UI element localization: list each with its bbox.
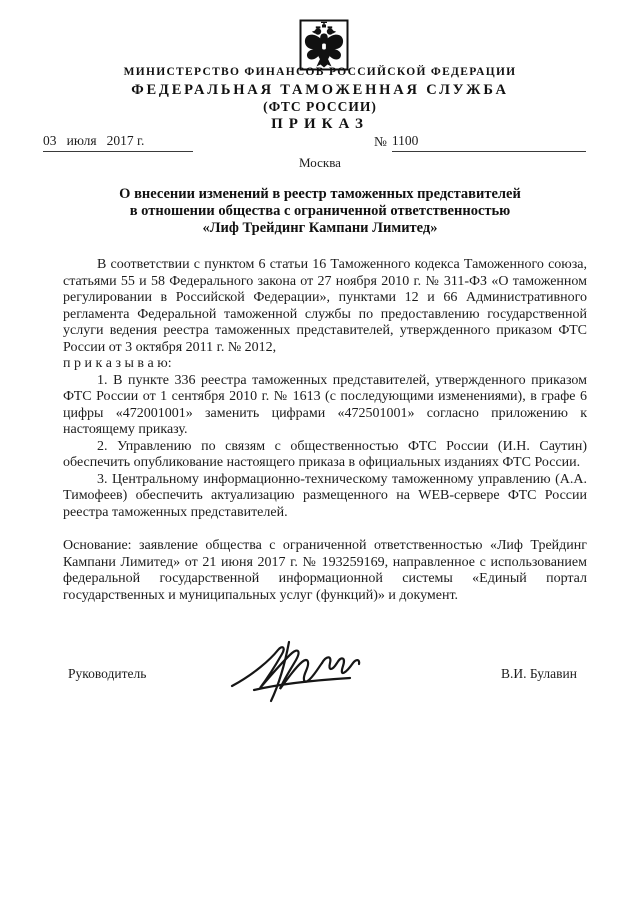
order-point-2: 2. Управлению по связям с общественность… xyxy=(63,439,587,472)
russian-coat-of-arms-icon xyxy=(299,19,349,71)
order-date-field: 03 июля 2017 г. xyxy=(43,133,193,152)
order-title-line-2: в отношении общества с ограниченной отве… xyxy=(0,203,640,220)
order-title: О внесении изменений в реестр таможенных… xyxy=(0,186,640,237)
signatory-name: В.И. Булавин xyxy=(501,666,577,682)
order-number-field: № 1100 xyxy=(374,133,586,152)
order-point-1: 1. В пункте 336 реестра таможенных предс… xyxy=(63,373,587,439)
order-point-3: 3. Центральному информационно-техническо… xyxy=(63,472,587,522)
signature-role: Руководитель xyxy=(68,666,146,682)
order-body: В соответствии с пунктом 6 статьи 16 Там… xyxy=(63,257,587,604)
order-title-line-3: «Лиф Трейдинг Кампани Лимитед» xyxy=(0,220,640,237)
number-sign: № xyxy=(374,134,387,152)
doc-type-heading: ПРИКАЗ xyxy=(0,116,640,133)
handwritten-signature-icon xyxy=(226,640,378,704)
prikaz-word: п р и к а з ы в а ю: xyxy=(63,356,587,373)
preamble-paragraph: В соответствии с пунктом 6 статьи 16 Там… xyxy=(63,257,587,356)
ministry-line: МИНИСТЕРСТВО ФИНАНСОВ РОССИЙСКОЙ ФЕДЕРАЦ… xyxy=(0,66,640,78)
agency-abbr-line: (ФТС РОССИИ) xyxy=(0,99,640,115)
basis-paragraph: Основание: заявление общества с ограниче… xyxy=(63,538,587,604)
agency-line: ФЕДЕРАЛЬНАЯ ТАМОЖЕННАЯ СЛУЖБА xyxy=(0,82,640,99)
city-label: Москва xyxy=(0,155,640,171)
order-number-value: 1100 xyxy=(392,133,586,152)
scanned-order-document: МИНИСТЕРСТВО ФИНАНСОВ РОССИЙСКОЙ ФЕДЕРАЦ… xyxy=(0,0,640,905)
order-title-line-1: О внесении изменений в реестр таможенных… xyxy=(0,186,640,203)
